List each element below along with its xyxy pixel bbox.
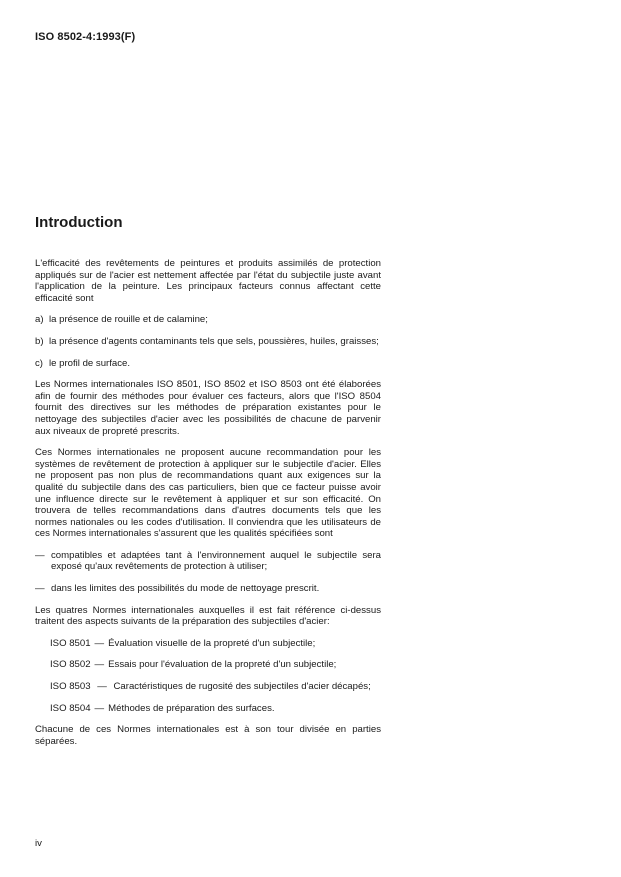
list-item: a) la présence de rouille et de calamine… [35, 314, 381, 326]
closing-paragraph: Chacune de ces Normes internationales es… [35, 724, 381, 747]
list-text: la présence de rouille et de calamine; [49, 314, 381, 326]
aspects-paragraph: Les quatres Normes internationales auxqu… [35, 605, 381, 628]
standard-reference: ISO 8503 — Caractéristiques de rugosité … [50, 681, 381, 693]
document-id: ISO 8502-4:1993(F) [35, 31, 135, 43]
em-dash: — [93, 681, 111, 692]
em-dash: — [91, 703, 109, 715]
list-item: b) la présence d'agents contaminants tel… [35, 336, 381, 348]
standard-code: ISO 8502 [50, 659, 91, 671]
standard-description: Méthodes de préparation des surfaces. [108, 703, 381, 715]
standard-code: ISO 8501 [50, 638, 91, 650]
list-marker: b) [35, 336, 49, 348]
standard-description: Caractéristiques de rugosité des subject… [113, 681, 370, 692]
standard-reference: ISO 8501 — Évaluation visuelle de la pro… [50, 638, 381, 650]
list-marker: a) [35, 314, 49, 326]
document-body: L'efficacité des revêtements de peinture… [35, 258, 381, 757]
dash-marker: — [35, 550, 51, 573]
standard-description: Évaluation visuelle de la propreté d'un … [108, 638, 381, 650]
list-marker: c) [35, 358, 49, 370]
list-item: c) le profil de surface. [35, 358, 381, 370]
standard-description: Essais pour l'évaluation de la propreté … [108, 659, 381, 671]
page-number: iv [35, 838, 42, 849]
list-text: le profil de surface. [49, 358, 381, 370]
section-title: Introduction [35, 214, 122, 231]
standards-paragraph: Les Normes internationales ISO 8501, ISO… [35, 379, 381, 437]
standard-reference: ISO 8502 — Essais pour l'évaluation de l… [50, 659, 381, 671]
standard-code: ISO 8504 [50, 703, 91, 715]
recommendations-paragraph: Ces Normes internationales ne proposent … [35, 447, 381, 540]
dash-marker: — [35, 583, 51, 595]
list-text: dans les limites des possibilités du mod… [51, 583, 381, 595]
intro-paragraph: L'efficacité des revêtements de peinture… [35, 258, 381, 304]
standard-reference: ISO 8504 — Méthodes de préparation des s… [50, 703, 381, 715]
em-dash: — [91, 659, 109, 671]
list-text: la présence d'agents contaminants tels q… [49, 336, 381, 348]
standard-code: ISO 8503 [50, 681, 91, 692]
list-item: — compatibles et adaptées tant à l'envir… [35, 550, 381, 573]
em-dash: — [91, 638, 109, 650]
list-text: compatibles et adaptées tant à l'environ… [51, 550, 381, 573]
list-item: — dans les limites des possibilités du m… [35, 583, 381, 595]
